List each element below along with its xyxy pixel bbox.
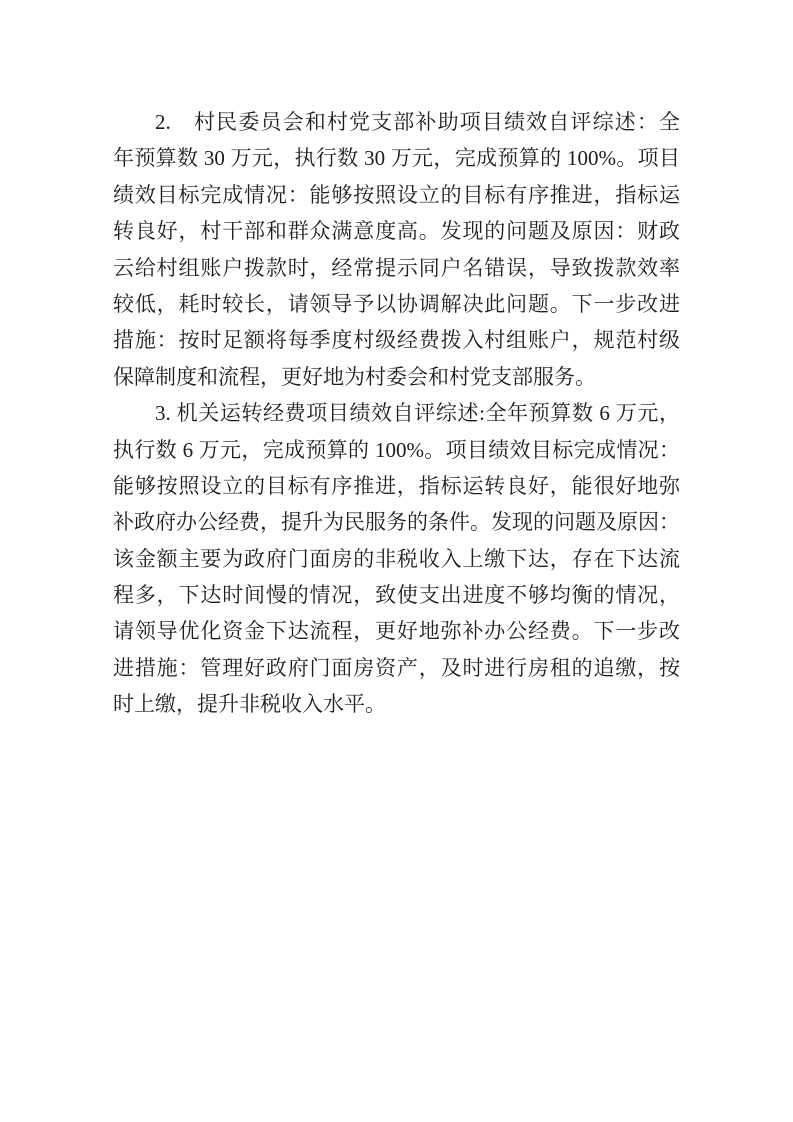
- text-line: 程多，下达时间慢的情况，致使支出进度不够均衡的情况，: [113, 577, 680, 613]
- text-line: 年预算数 30 万元，执行数 30 万元，完成预算的 100%。项目: [113, 140, 680, 176]
- text-line: 进措施：管理好政府门面房资产，及时进行房租的追缴，按: [113, 650, 680, 686]
- text-line: 补政府办公经费，提升为民服务的条件。发现的问题及原因：: [113, 504, 680, 540]
- text-line: 措施：按时足额将每季度村级经费拨入村组账户，规范村级: [113, 322, 680, 358]
- text-line: 该金额主要为政府门面房的非税收入上缴下达，存在下达流: [113, 541, 680, 577]
- paragraph: 2. 村民委员会和村党支部补助项目绩效自评综述：全年预算数 30 万元，执行数 …: [113, 104, 680, 395]
- paragraph: 3. 机关运转经费项目绩效自评综述:全年预算数 6 万元，执行数 6 万元，完成…: [113, 395, 680, 723]
- text-line: 时上缴，提升非税收入水平。: [113, 686, 680, 722]
- text-line: 3. 机关运转经费项目绩效自评综述:全年预算数 6 万元，: [113, 395, 680, 431]
- text-line: 保障制度和流程，更好地为村委会和村党支部服务。: [113, 359, 680, 395]
- text-line: 云给村组账户拨款时，经常提示同户名错误，导致拨款效率: [113, 250, 680, 286]
- document-page: 2. 村民委员会和村党支部补助项目绩效自评综述：全年预算数 30 万元，执行数 …: [0, 0, 793, 1122]
- text-line: 2. 村民委员会和村党支部补助项目绩效自评综述：全: [113, 104, 680, 140]
- text-line: 能够按照设立的目标有序推进，指标运转良好，能很好地弥: [113, 468, 680, 504]
- text-line: 绩效目标完成情况：能够按照设立的目标有序推进，指标运: [113, 177, 680, 213]
- text-line: 请领导优化资金下达流程，更好地弥补办公经费。下一步改: [113, 613, 680, 649]
- text-line: 较低，耗时较长，请领导予以协调解决此问题。下一步改进: [113, 286, 680, 322]
- text-line: 执行数 6 万元，完成预算的 100%。项目绩效目标完成情况：: [113, 432, 680, 468]
- text-line: 转良好，村干部和群众满意度高。发现的问题及原因：财政: [113, 213, 680, 249]
- document-body: 2. 村民委员会和村党支部补助项目绩效自评综述：全年预算数 30 万元，执行数 …: [113, 104, 680, 723]
